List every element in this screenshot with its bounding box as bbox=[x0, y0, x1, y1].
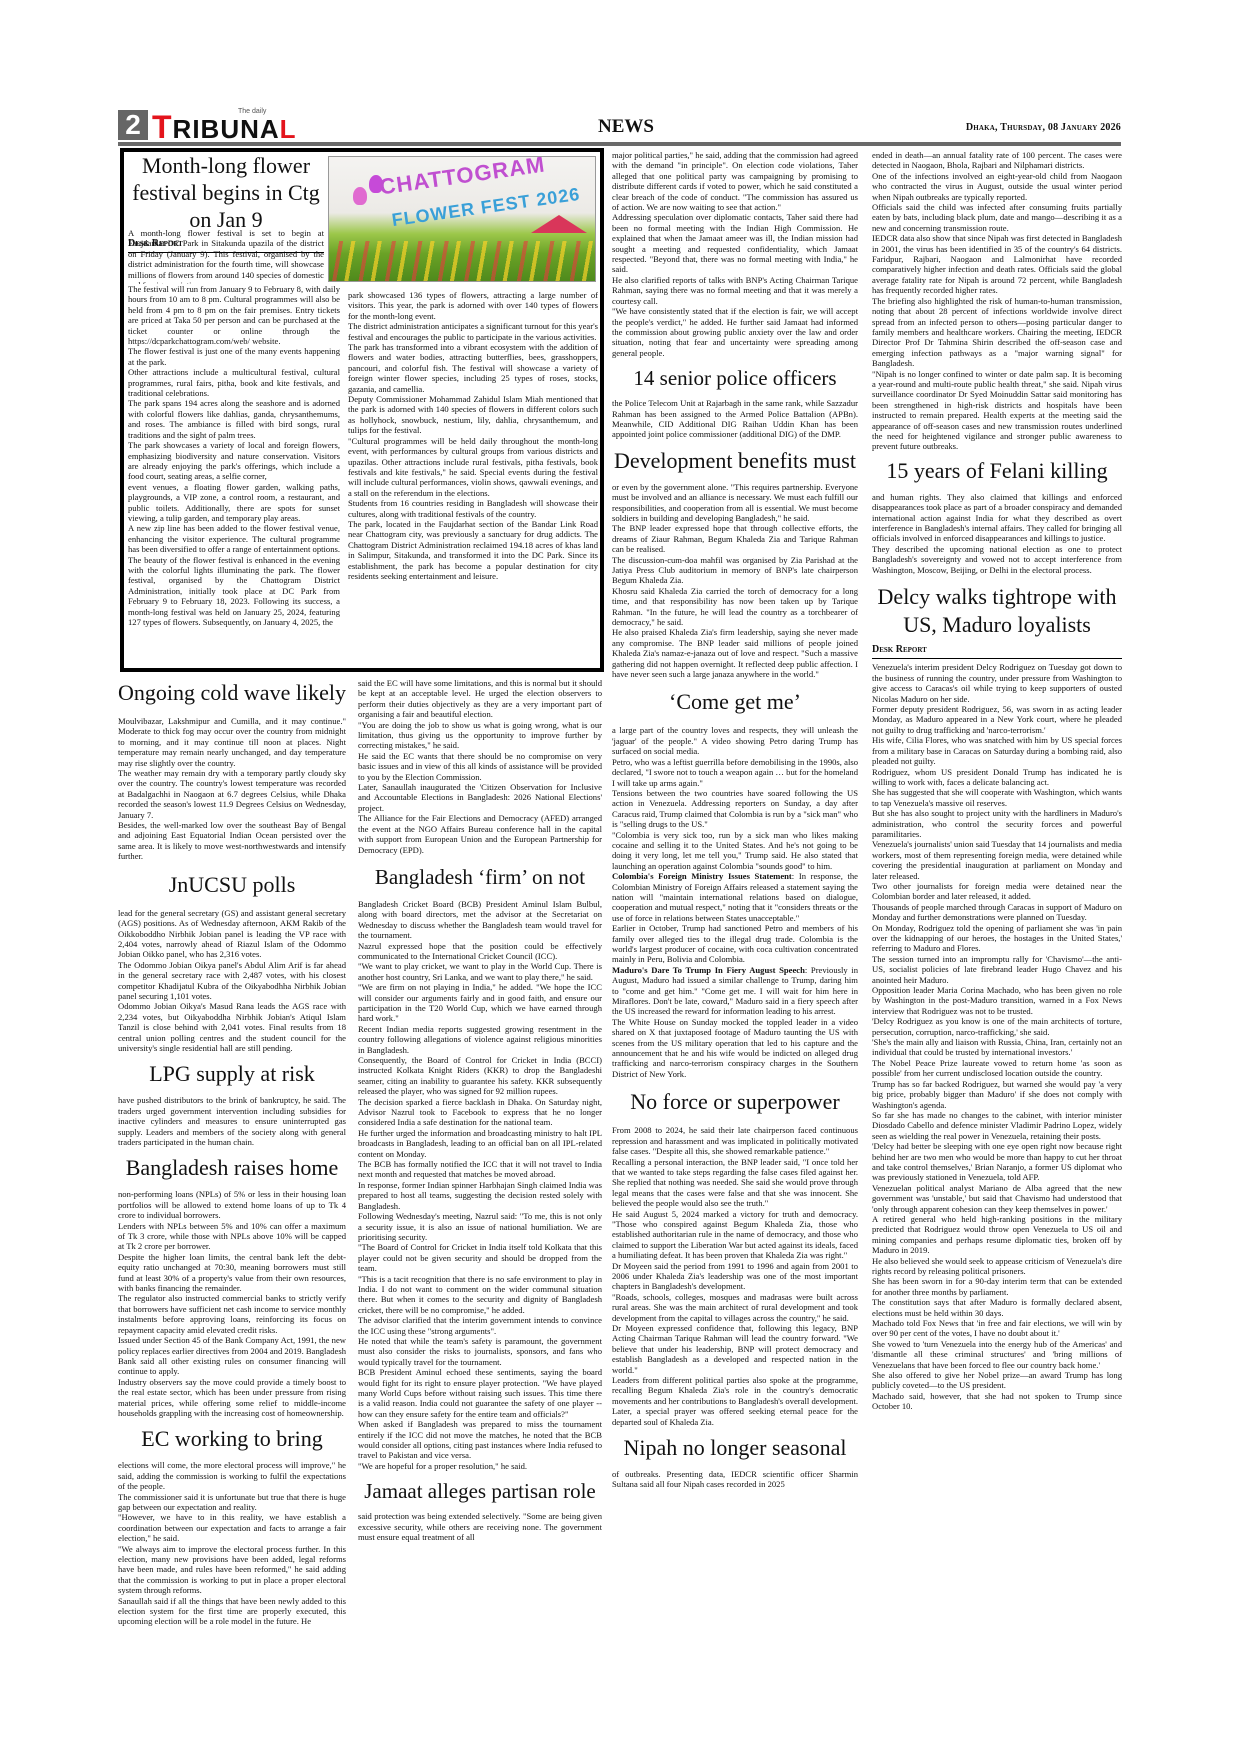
paragraph: The Odommo Jobian Oikya panel's Abdul Al… bbox=[118, 960, 346, 1002]
paragraph: 'Delcy had better be sleeping with one e… bbox=[872, 1141, 1122, 1183]
paragraph: Following Wednesday's meeting, Nazrul sa… bbox=[358, 1211, 602, 1242]
paragraph: "We want to play cricket, we want to pla… bbox=[358, 961, 602, 982]
page-number: 2 bbox=[118, 110, 148, 140]
headline-jamaat-partisan[interactable]: Jamaat alleges partisan role bbox=[358, 1479, 602, 1503]
paragraph: "We have consistently stated that if the… bbox=[612, 306, 858, 358]
paragraph: She also offered to give her Nobel prize… bbox=[872, 1370, 1122, 1391]
paragraph: "Nipah is no longer confined to winter o… bbox=[872, 369, 1122, 452]
paragraph: The decision sparked a fierce backlash i… bbox=[358, 1097, 602, 1128]
paragraph: Tensions between the two countries have … bbox=[612, 788, 858, 830]
paragraph: They described the upcoming national ele… bbox=[872, 544, 1122, 575]
paragraph: Odommo Jobian Oikya's Masud Rana leads t… bbox=[118, 1001, 346, 1053]
paragraph: BCB President Aminul echoed these sentim… bbox=[358, 1367, 602, 1419]
paragraph: Recent Indian media reports suggested gr… bbox=[358, 1024, 602, 1055]
paragraph: 'She's the main ally and liaison with Ru… bbox=[872, 1037, 1122, 1058]
paragraph: The regulator also instructed commercial… bbox=[118, 1293, 346, 1335]
paragraph: non-performing loans (NPLs) of 5% or les… bbox=[118, 1189, 346, 1220]
article-development: Development benefits must or even by the… bbox=[612, 448, 858, 680]
paragraph: Venezuela's journalists' union said Tues… bbox=[872, 839, 1122, 881]
paragraph: Recalling a personal interaction, the BN… bbox=[612, 1157, 858, 1209]
article-cricket: Bangladesh ‘firm’ on not Bangladesh Cric… bbox=[358, 865, 602, 1471]
paragraph: A month-long flower festival is set to b… bbox=[128, 228, 324, 284]
article-delcy: Delcy walks tightrope with US, Maduro lo… bbox=[872, 583, 1122, 1412]
delcy-byline: Desk Report bbox=[872, 645, 1122, 659]
paragraph: From 2008 to 2024, he said their late ch… bbox=[612, 1125, 858, 1156]
article-jnucsu: JnUCSU polls lead for the general secret… bbox=[118, 872, 346, 1054]
paragraph: Venezuela's interim president Delcy Rodr… bbox=[872, 662, 1122, 704]
feature-body-intro: A month-long flower festival is set to b… bbox=[128, 228, 324, 284]
article-lpg: LPG supply at risk have pushed distribut… bbox=[118, 1061, 346, 1147]
paragraph: He also praised Khaleda Zia's firm leade… bbox=[612, 627, 858, 679]
paragraph: One of the infections involved an eight-… bbox=[872, 171, 1122, 202]
paragraph: lead for the general secretary (GS) and … bbox=[118, 908, 346, 960]
paragraph: On Monday, Rodriguez told the opening of… bbox=[872, 923, 1122, 954]
paragraph: "Cultural programmes will be held daily … bbox=[348, 436, 598, 498]
paragraph: A new zip line has been added to the flo… bbox=[128, 523, 340, 627]
paragraph: Machado told Fox News that 'in free and … bbox=[872, 1318, 1122, 1339]
paragraph: The advisor clarified that the interim g… bbox=[358, 1315, 602, 1336]
paragraph: Thousands of people marched through Cara… bbox=[872, 902, 1122, 923]
paragraph: and human rights. They also claimed that… bbox=[872, 492, 1122, 544]
paragraph: He said the EC wants that there should b… bbox=[358, 751, 602, 782]
headline-home-loan[interactable]: Bangladesh raises home bbox=[118, 1155, 346, 1181]
headline-lpg[interactable]: LPG supply at risk bbox=[118, 1061, 346, 1087]
paragraph: He further urged the information and bro… bbox=[358, 1128, 602, 1159]
paragraph: or even by the government alone. "This r… bbox=[612, 482, 858, 524]
paragraph: major political parties," he said, addin… bbox=[612, 150, 858, 212]
paragraph: "We are firm on not playing in India," h… bbox=[358, 982, 602, 1024]
headline-cold-wave[interactable]: Ongoing cold wave likely bbox=[118, 680, 346, 706]
feature-headline[interactable]: Month-long flower festival begins in Ctg… bbox=[128, 152, 324, 233]
paragraph: Despite the higher loan limits, the cent… bbox=[118, 1252, 346, 1294]
gazebo-roof bbox=[531, 215, 587, 233]
paragraph: "The Board of Control for Cricket in Ind… bbox=[358, 1242, 602, 1273]
paragraph: The Alliance for the Fair Elections and … bbox=[358, 813, 602, 855]
paragraph: Maduro's Dare To Trump In Fiery August S… bbox=[612, 965, 858, 1017]
paragraph: Dr Moyeen expressed confidence that, fol… bbox=[612, 1323, 858, 1375]
article-nipah-continued: ended in death—an annual fatality rate o… bbox=[872, 150, 1122, 452]
masthead-rule bbox=[118, 142, 1121, 146]
paragraph: have pushed distributors to the brink of… bbox=[118, 1095, 346, 1147]
paragraph: So far she has made no changes to the ca… bbox=[872, 1110, 1122, 1141]
paragraph: Leaders from different political parties… bbox=[612, 1375, 858, 1427]
paragraph: Colombia's Foreign Ministry Issues State… bbox=[612, 871, 858, 923]
paragraph: The BCB has formally notified the ICC th… bbox=[358, 1159, 602, 1180]
paragraph: The weather may remain dry with a tempor… bbox=[118, 768, 346, 820]
paragraph: "You are doing the job to show us what i… bbox=[358, 720, 602, 751]
paragraph: Khosru said Khaleda Zia carried the torc… bbox=[612, 586, 858, 628]
article-cold-wave: Ongoing cold wave likely Moulvibazar, La… bbox=[118, 680, 346, 862]
paragraph: In response, former Indian spinner Harbh… bbox=[358, 1180, 602, 1211]
paragraph: IEDCR data also show that since Nipah wa… bbox=[872, 233, 1122, 295]
paragraph: She has been sworn in for a 90-day inter… bbox=[872, 1276, 1122, 1297]
section-title: NEWS bbox=[598, 116, 654, 138]
paragraph: Issued under Section 45 of the Bank Comp… bbox=[118, 1335, 346, 1377]
paragraph: His wife, Cilia Flores, who was snatched… bbox=[872, 735, 1122, 766]
article-ec: EC working to bring elections will come,… bbox=[118, 1426, 346, 1627]
logo-wordmark: TRIBUNAL bbox=[152, 114, 297, 144]
paragraph: A retired general who held high-ranking … bbox=[872, 1214, 1122, 1256]
headline-jnucsu[interactable]: JnUCSU polls bbox=[118, 872, 346, 898]
flower-fest-photo: CHATTOGRAM FLOWER FEST 2026 bbox=[328, 156, 596, 282]
paragraph: The park spans 194 acres along the seash… bbox=[128, 398, 340, 440]
headline-come-get-me[interactable]: ‘Come get me’ bbox=[612, 689, 858, 715]
right-column-1: major political parties," he said, addin… bbox=[612, 150, 858, 1628]
dateline: Dhaka, Thursday, 08 January 2026 bbox=[966, 122, 1121, 133]
flower-beds bbox=[329, 241, 595, 281]
paragraph: Bangladesh Cricket Board (BCB) President… bbox=[358, 899, 602, 941]
paragraph: of outbreaks. Presenting data, IEDCR sci… bbox=[612, 1469, 858, 1490]
paragraph: The BNP leader expressed hope that throu… bbox=[612, 523, 858, 554]
right-column-2: ended in death—an annual fatality rate o… bbox=[872, 150, 1122, 1628]
paragraph: Besides, the well-marked low over the so… bbox=[118, 820, 346, 862]
paragraph: Deputy Commissioner Mohammad Zahidul Isl… bbox=[348, 394, 598, 436]
paragraph: "This is a tacit recognition that there … bbox=[358, 1274, 602, 1316]
headline-cricket[interactable]: Bangladesh ‘firm’ on not bbox=[358, 865, 602, 889]
paragraph: "We always aim to improve the electoral … bbox=[118, 1544, 346, 1596]
paragraph: a large part of the country loves and re… bbox=[612, 725, 858, 756]
paragraph: Trump has so far backed Rodriguez, but w… bbox=[872, 1079, 1122, 1110]
paragraph: She has suggested that she will cooperat… bbox=[872, 787, 1122, 808]
paragraph: Venezuelan political analyst Mariano de … bbox=[872, 1183, 1122, 1214]
article-police: 14 senior police officers the Police Tel… bbox=[612, 366, 858, 440]
headline-development[interactable]: Development benefits must bbox=[612, 448, 858, 474]
paragraph: He noted that while the team's safety is… bbox=[358, 1336, 602, 1367]
paragraph: But she has also sought to project unity… bbox=[872, 808, 1122, 839]
feature-body-col1: The festival will run from January 9 to … bbox=[128, 284, 340, 668]
subhead-maduro: Maduro's Dare To Trump In Fiery August S… bbox=[612, 965, 805, 975]
paragraph: The briefing also highlighted the risk o… bbox=[872, 296, 1122, 369]
headline-police[interactable]: 14 senior police officers bbox=[612, 366, 858, 390]
paragraph: The park showcases a variety of local an… bbox=[128, 440, 340, 482]
paragraph: the Police Telecom Unit at Rajarbagh in … bbox=[612, 398, 858, 440]
headline-no-force[interactable]: No force or superpower bbox=[612, 1089, 858, 1115]
paragraph: Sanaullah said if all the things that ha… bbox=[118, 1596, 346, 1627]
newspaper-logo[interactable]: The daily TRIBUNAL bbox=[152, 112, 297, 142]
headline-nipah[interactable]: Nipah no longer seasonal bbox=[612, 1435, 858, 1461]
paragraph: He also believed she would seek to appea… bbox=[872, 1256, 1122, 1277]
paragraph: "We are hopeful for a proper resolution,… bbox=[358, 1461, 602, 1471]
paragraph: elections will come, the more electoral … bbox=[118, 1460, 346, 1491]
paragraph: Dr Moyeen said the period from 1991 to 1… bbox=[612, 1261, 858, 1292]
paragraph: He also clarified reports of talks with … bbox=[612, 275, 858, 306]
paragraph: Later, Sanaullah inaugurated the 'Citize… bbox=[358, 782, 602, 813]
paragraph: event venues, a floating flower garden, … bbox=[128, 482, 340, 524]
paragraph: Industry observers say the move could pr… bbox=[118, 1377, 346, 1419]
paragraph: "Roads, schools, colleges, mosques and m… bbox=[612, 1292, 858, 1323]
subhead-colombia: Colombia's Foreign Ministry Issues State… bbox=[612, 871, 792, 881]
tulip-decoration bbox=[353, 187, 367, 205]
article-home-loan: Bangladesh raises home non-performing lo… bbox=[118, 1155, 346, 1418]
paragraph: Students from 16 countries residing in B… bbox=[348, 498, 598, 519]
paragraph: She vowed to 'turn Venezuela into the en… bbox=[872, 1339, 1122, 1370]
paragraph: The Nobel Peace Prize laureate vowed to … bbox=[872, 1058, 1122, 1079]
paragraph: When asked if Bangladesh was prepared to… bbox=[358, 1419, 602, 1461]
paragraph: He said August 5, 2024 marked a victory … bbox=[612, 1209, 858, 1261]
paragraph: The White House on Sunday mocked the top… bbox=[612, 1017, 858, 1079]
article-jamaat-partisan: Jamaat alleges partisan role said protec… bbox=[358, 1479, 602, 1542]
paragraph: Lenders with NPLs between 5% and 10% can… bbox=[118, 1221, 346, 1252]
paragraph: The festival will run from January 9 to … bbox=[128, 284, 340, 346]
feature-body-col2: park showcased 136 types of flowers, att… bbox=[348, 290, 598, 668]
paragraph: Machado said, however, that she had not … bbox=[872, 1391, 1122, 1412]
article-felani: 15 years of Felani killing and human rig… bbox=[872, 458, 1122, 575]
paragraph: Two other journalists for foreign media … bbox=[872, 881, 1122, 902]
article-nipah: Nipah no longer seasonal of outbreaks. P… bbox=[612, 1435, 858, 1490]
paragraph: The session turned into an impromptu ral… bbox=[872, 954, 1122, 985]
article-no-force: No force or superpower From 2008 to 2024… bbox=[612, 1089, 858, 1427]
article-ec-continued: said the EC will have some limitations, … bbox=[358, 678, 602, 855]
paragraph: Addressing speculation over diplomatic c… bbox=[612, 212, 858, 274]
headline-felani[interactable]: 15 years of Felani killing bbox=[872, 458, 1122, 484]
paragraph: ended in death—an annual fatality rate o… bbox=[872, 150, 1122, 171]
paragraph: said protection was being extended selec… bbox=[358, 1511, 602, 1542]
paragraph: Petro, who was a leftist guerrilla befor… bbox=[612, 757, 858, 788]
paragraph: said the EC will have some limitations, … bbox=[358, 678, 602, 720]
left-column: Ongoing cold wave likely Moulvibazar, La… bbox=[118, 678, 346, 1628]
article-jamaat-continued: major political parties," he said, addin… bbox=[612, 150, 858, 358]
paragraph: Former deputy president Rodriguez, 56, w… bbox=[872, 704, 1122, 735]
paragraph: The discussion-cum-doa mahfil was organi… bbox=[612, 555, 858, 586]
paragraph: Other attractions include a multicultura… bbox=[128, 367, 340, 398]
paragraph: The park has transformed into a vibrant … bbox=[348, 342, 598, 394]
headline-delcy[interactable]: Delcy walks tightrope with US, Maduro lo… bbox=[872, 583, 1122, 639]
paragraph: park showcased 136 types of flowers, att… bbox=[348, 290, 598, 321]
paragraph: The flower festival is just one of the m… bbox=[128, 346, 340, 367]
paragraph: The constitution says that after Maduro … bbox=[872, 1297, 1122, 1318]
paragraph: Opposition leader Maria Corina Machado, … bbox=[872, 985, 1122, 1016]
paragraph: Officials said the child was infected af… bbox=[872, 202, 1122, 233]
paragraph: The park, located in the Faujdarhat sect… bbox=[348, 519, 598, 581]
paragraph: Earlier in October, Trump had sanctioned… bbox=[612, 923, 858, 965]
paragraph: Nazrul expressed hope that the position … bbox=[358, 941, 602, 962]
paragraph: "Colombia is very sick too, run by a sic… bbox=[612, 830, 858, 872]
paragraph: 'Delcy Rodriguez as you know is one of t… bbox=[872, 1016, 1122, 1037]
paragraph: The commissioner said it is unfortunate … bbox=[118, 1492, 346, 1513]
paragraph: Moulvibazar, Lakshmipur and Cumilla, and… bbox=[118, 716, 346, 768]
paragraph: "However, we have to in this reality, we… bbox=[118, 1512, 346, 1543]
article-come-get-me: ‘Come get me’ a large part of the countr… bbox=[612, 689, 858, 1079]
paragraph: Consequently, the Board of Control for C… bbox=[358, 1055, 602, 1097]
headline-ec[interactable]: EC working to bring bbox=[118, 1426, 346, 1452]
middle-column: said the EC will have some limitations, … bbox=[358, 678, 602, 1628]
paragraph: Rodriguez, whom US president Donald Trum… bbox=[872, 767, 1122, 788]
paragraph: The district administration anticipates … bbox=[348, 321, 598, 342]
logo-tagline: The daily bbox=[238, 108, 266, 115]
